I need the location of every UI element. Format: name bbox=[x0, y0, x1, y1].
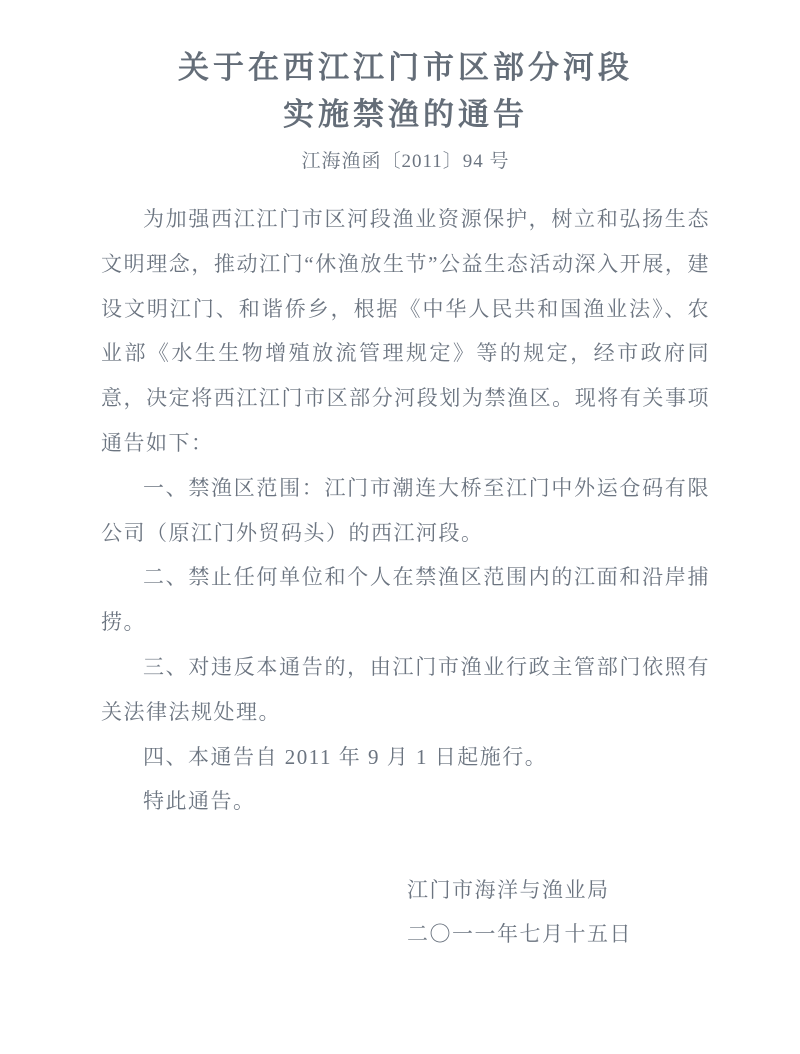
title-line-1: 关于在西江江门市区部分河段 bbox=[101, 44, 710, 91]
paragraph-item-4: 四、本通告自 2011 年 9 月 1 日起施行。 bbox=[101, 735, 710, 780]
document-page: 关于在西江江门市区部分河段 实施禁渔的通告 江海渔函〔2011〕94 号 为加强… bbox=[0, 0, 800, 1054]
document-body: 为加强西江江门市区河段渔业资源保护，树立和弘扬生态文明理念，推动江门“休渔放生节… bbox=[101, 197, 710, 824]
paragraph-item-3: 三、对违反本通告的，由江门市渔业行政主管部门依照有关法律法规处理。 bbox=[101, 645, 710, 735]
paragraph-intro: 为加强西江江门市区河段渔业资源保护，树立和弘扬生态文明理念，推动江门“休渔放生节… bbox=[101, 197, 710, 466]
paragraph-item-2: 二、禁止任何单位和个人在禁渔区范围内的江面和沿岸捕捞。 bbox=[101, 555, 710, 645]
signature-block: 江门市海洋与渔业局 二〇一一年七月十五日 bbox=[407, 868, 710, 956]
document-number: 江海渔函〔2011〕94 号 bbox=[101, 149, 710, 175]
notice-document: 关于在西江江门市区部分河段 实施禁渔的通告 江海渔函〔2011〕94 号 为加强… bbox=[101, 44, 710, 956]
paragraph-item-1: 一、禁渔区范围：江门市潮连大桥至江门中外运仓码有限公司（原江门外贸码头）的西江河… bbox=[101, 466, 710, 556]
paragraph-closing: 特此通告。 bbox=[101, 779, 710, 824]
title-line-2: 实施禁渔的通告 bbox=[101, 91, 710, 138]
issue-date: 二〇一一年七月十五日 bbox=[407, 912, 710, 956]
document-title: 关于在西江江门市区部分河段 实施禁渔的通告 bbox=[101, 44, 710, 138]
issuing-authority: 江门市海洋与渔业局 bbox=[407, 868, 710, 912]
